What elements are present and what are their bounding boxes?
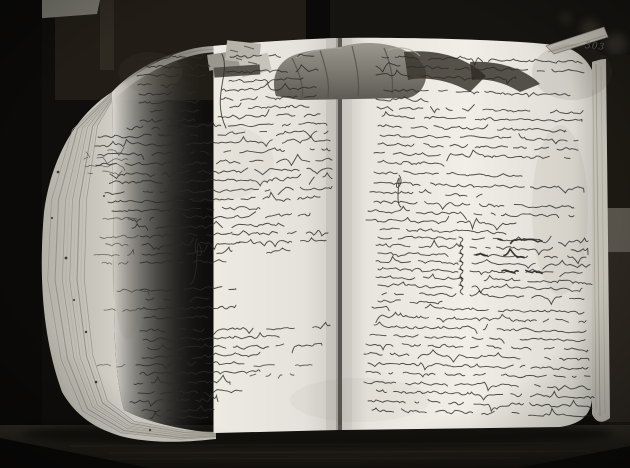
vignette — [0, 0, 630, 468]
manuscript-photo: 303 — [0, 0, 630, 468]
photo-canvas — [0, 0, 630, 468]
